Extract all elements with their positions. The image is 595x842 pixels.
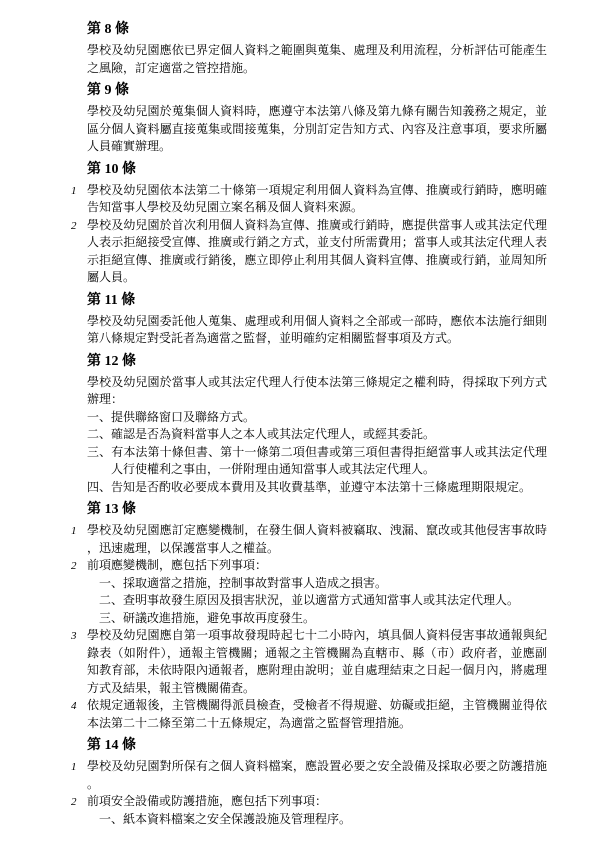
list-item: 二、確認是否為資料當事人之本人或其法定代理人，或經其委託。 [87,426,547,444]
paragraph: 1 學校及幼兒園應訂定應變機制，在發生個人資料被竊取、洩漏、竄改或其他侵害事故時… [87,522,547,557]
paragraph: 4 依規定通報後，主管機關得派員檢查，受檢者不得規避、妨礙或拒絕，主管機關並得依… [87,697,547,732]
paragraph-text: 學校及幼兒園於首次利用個人資料為宣傳、推廣或行銷時，應提供當事人或其法定代理人表… [87,217,547,287]
document-page: 第 8 條 學校及幼兒園應依已界定個人資料之範圍與蒐集、處理及利用流程，分析評估… [0,0,595,842]
article-heading: 第 11 條 [87,290,547,311]
paragraph-text: 依規定通報後，主管機關得派員檢查，受檢者不得規避、妨礙或拒絕，主管機關並得依本法… [87,697,547,732]
paragraph: 2 學校及幼兒園於首次利用個人資料為宣傳、推廣或行銷時，應提供當事人或其法定代理… [87,217,547,287]
paragraph: 學校及幼兒園於蒐集個人資料時，應遵守本法第八條及第九條有關告知義務之規定，並區分… [87,103,547,156]
paragraph-number: 2 [71,558,77,576]
paragraph-text: 前項安全設備或防護措施，應包括下列事項： [87,793,547,811]
paragraph-number: 1 [71,183,77,201]
paragraph-number: 2 [71,218,77,236]
paragraph: 學校及幼兒園於當事人或其法定代理人行使本法第三條規定之權利時，得採取下列方式辦理… [87,374,547,497]
paragraph-number: 3 [71,628,77,646]
article-heading: 第 13 條 [87,499,547,520]
article-heading: 第 12 條 [87,351,547,372]
article: 第 11 條 學校及幼兒園委託他人蒐集、處理或利用個人資料之全部或一部時，應依本… [87,290,547,348]
article: 第 8 條 學校及幼兒園應依已界定個人資料之範圍與蒐集、處理及利用流程，分析評估… [87,19,547,77]
article-heading: 第 9 條 [87,80,547,101]
paragraph-text: 學校及幼兒園於蒐集個人資料時，應遵守本法第八條及第九條有關告知義務之規定，並區分… [87,103,547,156]
paragraph-number: 4 [71,698,77,716]
item-list: 一、紙本資料檔案之安全保護設施及管理程序。 [99,811,547,829]
list-item: 三、有本法第十條但書、第十一條第二項但書或第三項但書得拒絕當事人或其法定代理人行… [87,444,547,479]
paragraph-number: 1 [71,523,77,541]
paragraph: 2 前項應變機制，應包括下列事項： 一、採取適當之措施，控制事故對當事人造成之損… [87,557,547,627]
paragraph: 1 學校及幼兒園對所保有之個人資料檔案，應設置必要之安全設備及採取必要之防護措施… [87,758,547,793]
paragraph: 學校及幼兒園應依已界定個人資料之範圍與蒐集、處理及利用流程，分析評估可能產生之風… [87,42,547,77]
paragraph-number: 1 [71,759,77,777]
list-item: 二、查明事故發生原因及損害狀況，並以適當方式通知當事人或其法定代理人。 [99,592,547,610]
paragraph-text: 學校及幼兒園委託他人蒐集、處理或利用個人資料之全部或一部時，應依本法施行細則第八… [87,313,547,348]
paragraph: 2 前項安全設備或防護措施，應包括下列事項： 一、紙本資料檔案之安全保護設施及管… [87,793,547,828]
paragraph-text: 學校及幼兒園應自第一項事故發現時起七十二小時內，填具個人資料侵害事故通報與紀錄表… [87,627,547,697]
list-item: 三、研議改進措施，避免事故再度發生。 [99,610,547,628]
paragraph-number: 2 [71,794,77,812]
paragraph-text: 學校及幼兒園對所保有之個人資料檔案，應設置必要之安全設備及採取必要之防護措施。 [87,758,547,793]
list-item: 一、提供聯絡窗口及聯絡方式。 [87,409,547,427]
article: 第 10 條 1 學校及幼兒園依本法第二十條第一項規定利用個人資料為宣傳、推廣或… [87,159,547,287]
article-heading: 第 8 條 [87,19,547,40]
paragraph: 1 學校及幼兒園依本法第二十條第一項規定利用個人資料為宣傳、推廣或行銷時，應明確… [87,182,547,217]
list-item: 一、採取適當之措施，控制事故對當事人造成之損害。 [99,575,547,593]
article-heading: 第 14 條 [87,735,547,756]
article: 第 12 條 學校及幼兒園於當事人或其法定代理人行使本法第三條規定之權利時，得採… [87,351,547,497]
item-list: 一、提供聯絡窗口及聯絡方式。 二、確認是否為資料當事人之本人或其法定代理人，或經… [87,409,547,497]
paragraph-text: 學校及幼兒園應依已界定個人資料之範圍與蒐集、處理及利用流程，分析評估可能產生之風… [87,42,547,77]
paragraph: 3 學校及幼兒園應自第一項事故發現時起七十二小時內，填具個人資料侵害事故通報與紀… [87,627,547,697]
paragraph-text: 前項應變機制，應包括下列事項： [87,557,547,575]
paragraph-text: 學校及幼兒園依本法第二十條第一項規定利用個人資料為宣傳、推廣或行銷時，應明確告知… [87,182,547,217]
paragraph: 學校及幼兒園委託他人蒐集、處理或利用個人資料之全部或一部時，應依本法施行細則第八… [87,313,547,348]
article: 第 13 條 1 學校及幼兒園應訂定應變機制，在發生個人資料被竊取、洩漏、竄改或… [87,499,547,732]
article: 第 9 條 學校及幼兒園於蒐集個人資料時，應遵守本法第八條及第九條有關告知義務之… [87,80,547,156]
paragraph-text: 學校及幼兒園於當事人或其法定代理人行使本法第三條規定之權利時，得採取下列方式辦理… [87,374,547,409]
item-list: 一、採取適當之措施，控制事故對當事人造成之損害。 二、查明事故發生原因及損害狀況… [99,575,547,628]
paragraph-text: 學校及幼兒園應訂定應變機制，在發生個人資料被竊取、洩漏、竄改或其他侵害事故時，迅… [87,522,547,557]
article-heading: 第 10 條 [87,159,547,180]
article: 第 14 條 1 學校及幼兒園對所保有之個人資料檔案，應設置必要之安全設備及採取… [87,735,547,828]
list-item: 一、紙本資料檔案之安全保護設施及管理程序。 [99,811,547,829]
list-item: 四、告知是否酌收必要成本費用及其收費基準，並遵守本法第十三條處理期限規定。 [87,479,547,497]
